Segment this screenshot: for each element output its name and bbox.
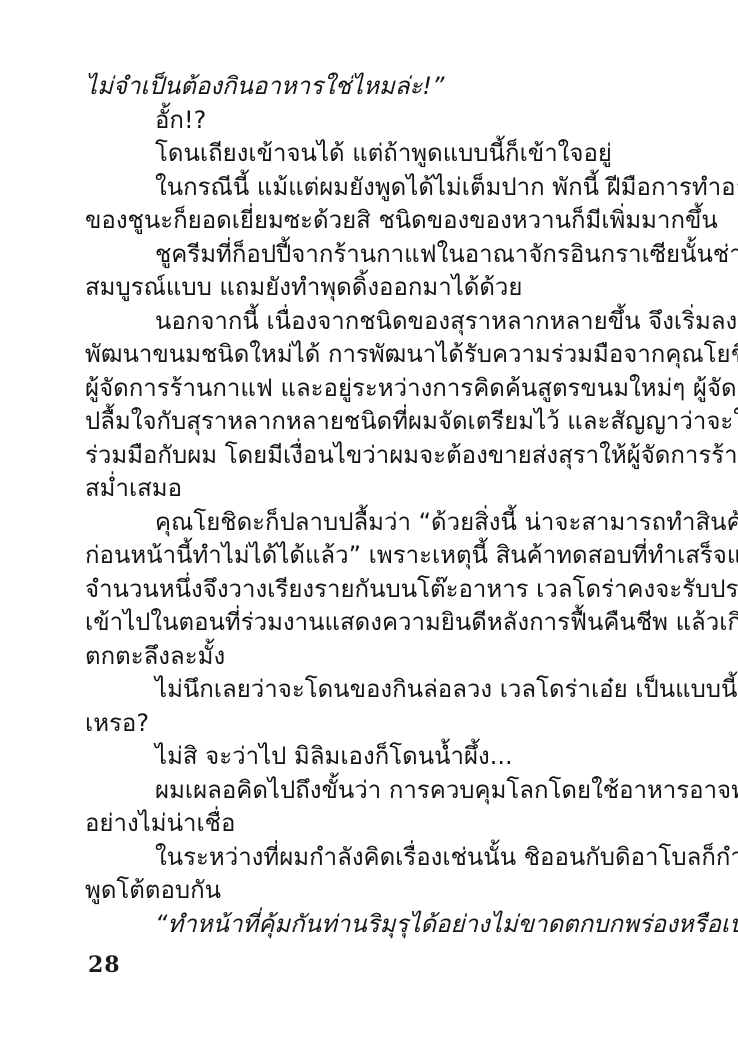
text-line: โดนเถียงเข้าจนได้ แต่ถ้าพูดแบบนี้ก็เข้าใ… xyxy=(85,137,659,171)
text-line: พัฒนาขนมชนิดใหม่ได้ การพัฒนาได้รับความร่… xyxy=(85,338,659,372)
text-line: ชูครีมที่ก็อปปี้จากร้านกาแฟในอาณาจักรอิน… xyxy=(85,238,659,272)
text-line: เหรอ? xyxy=(85,707,659,741)
text-line: ไม่สิ จะว่าไป มิลิมเองก็โดนน้ำผึ้ง... xyxy=(85,740,659,774)
text-line: ไม่นึกเลยว่าจะโดนของกินล่อลวง เวลโดร่าเอ… xyxy=(85,673,659,707)
text-line: สมบูรณ์แบบ แถมยังทำพุดดิ้งออกมาได้ด้วย xyxy=(85,271,659,305)
text-line: ไม่จำเป็นต้องกินอาหารใช่ไหมล่ะ!” xyxy=(85,70,659,104)
text-line: ในระหว่างที่ผมกำลังคิดเรื่องเช่นนั้น ชิอ… xyxy=(85,841,659,875)
text-line: นอกจากนี้ เนื่องจากชนิดของสุราหลากหลายขึ… xyxy=(85,305,659,339)
text-line: อย่างไม่น่าเชื่อ xyxy=(85,807,659,841)
text-line: ก่อนหน้านี้ทำไม่ได้ได้แล้ว” เพราะเหตุนี้… xyxy=(85,539,659,573)
body-text: ไม่จำเป็นต้องกินอาหารใช่ไหมล่ะ!”อั้ก!?โด… xyxy=(85,70,659,941)
text-line: ผมเผลอคิดไปถึงขั้นว่า การควบคุมโลกโดยใช้… xyxy=(85,774,659,808)
text-line: เข้าไปในตอนที่ร่วมงานแสดงความยินดีหลังกา… xyxy=(85,606,659,640)
text-line: คุณโยชิดะก็ปลาบปลื้มว่า “ด้วยสิ่งนี้ น่า… xyxy=(85,506,659,540)
page-number: 28 xyxy=(88,952,121,978)
text-line: สม่ำเสมอ xyxy=(85,472,659,506)
text-line: ผู้จัดการร้านกาแฟ และอยู่ระหว่างการคิดค้… xyxy=(85,372,659,406)
text-line: ในกรณีนี้ แม้แต่ผมยังพูดได้ไม่เต็มปาก พั… xyxy=(85,171,659,205)
text-line: พูดโต้ตอบกัน xyxy=(85,874,659,908)
book-page: ไม่จำเป็นต้องกินอาหารใช่ไหมล่ะ!”อั้ก!?โด… xyxy=(0,0,738,1051)
text-line: ของชูนะก็ยอดเยี่ยมซะด้วยสิ ชนิดของของหวา… xyxy=(85,204,659,238)
text-line: ปลื้มใจกับสุราหลากหลายชนิดที่ผมจัดเตรียม… xyxy=(85,405,659,439)
text-line: อั้ก!? xyxy=(85,104,659,138)
text-line: ร่วมมือกับผม โดยมีเงื่อนไขว่าผมจะต้องขาย… xyxy=(85,439,659,473)
text-line: ตกตะลึงละมั้ง xyxy=(85,640,659,674)
text-line: “ทำหน้าที่คุ้มกันท่านริมุรุได้อย่างไม่ขา… xyxy=(85,908,659,942)
text-line: จำนวนหนึ่งจึงวางเรียงรายกันบนโต๊ะอาหาร เ… xyxy=(85,573,659,607)
